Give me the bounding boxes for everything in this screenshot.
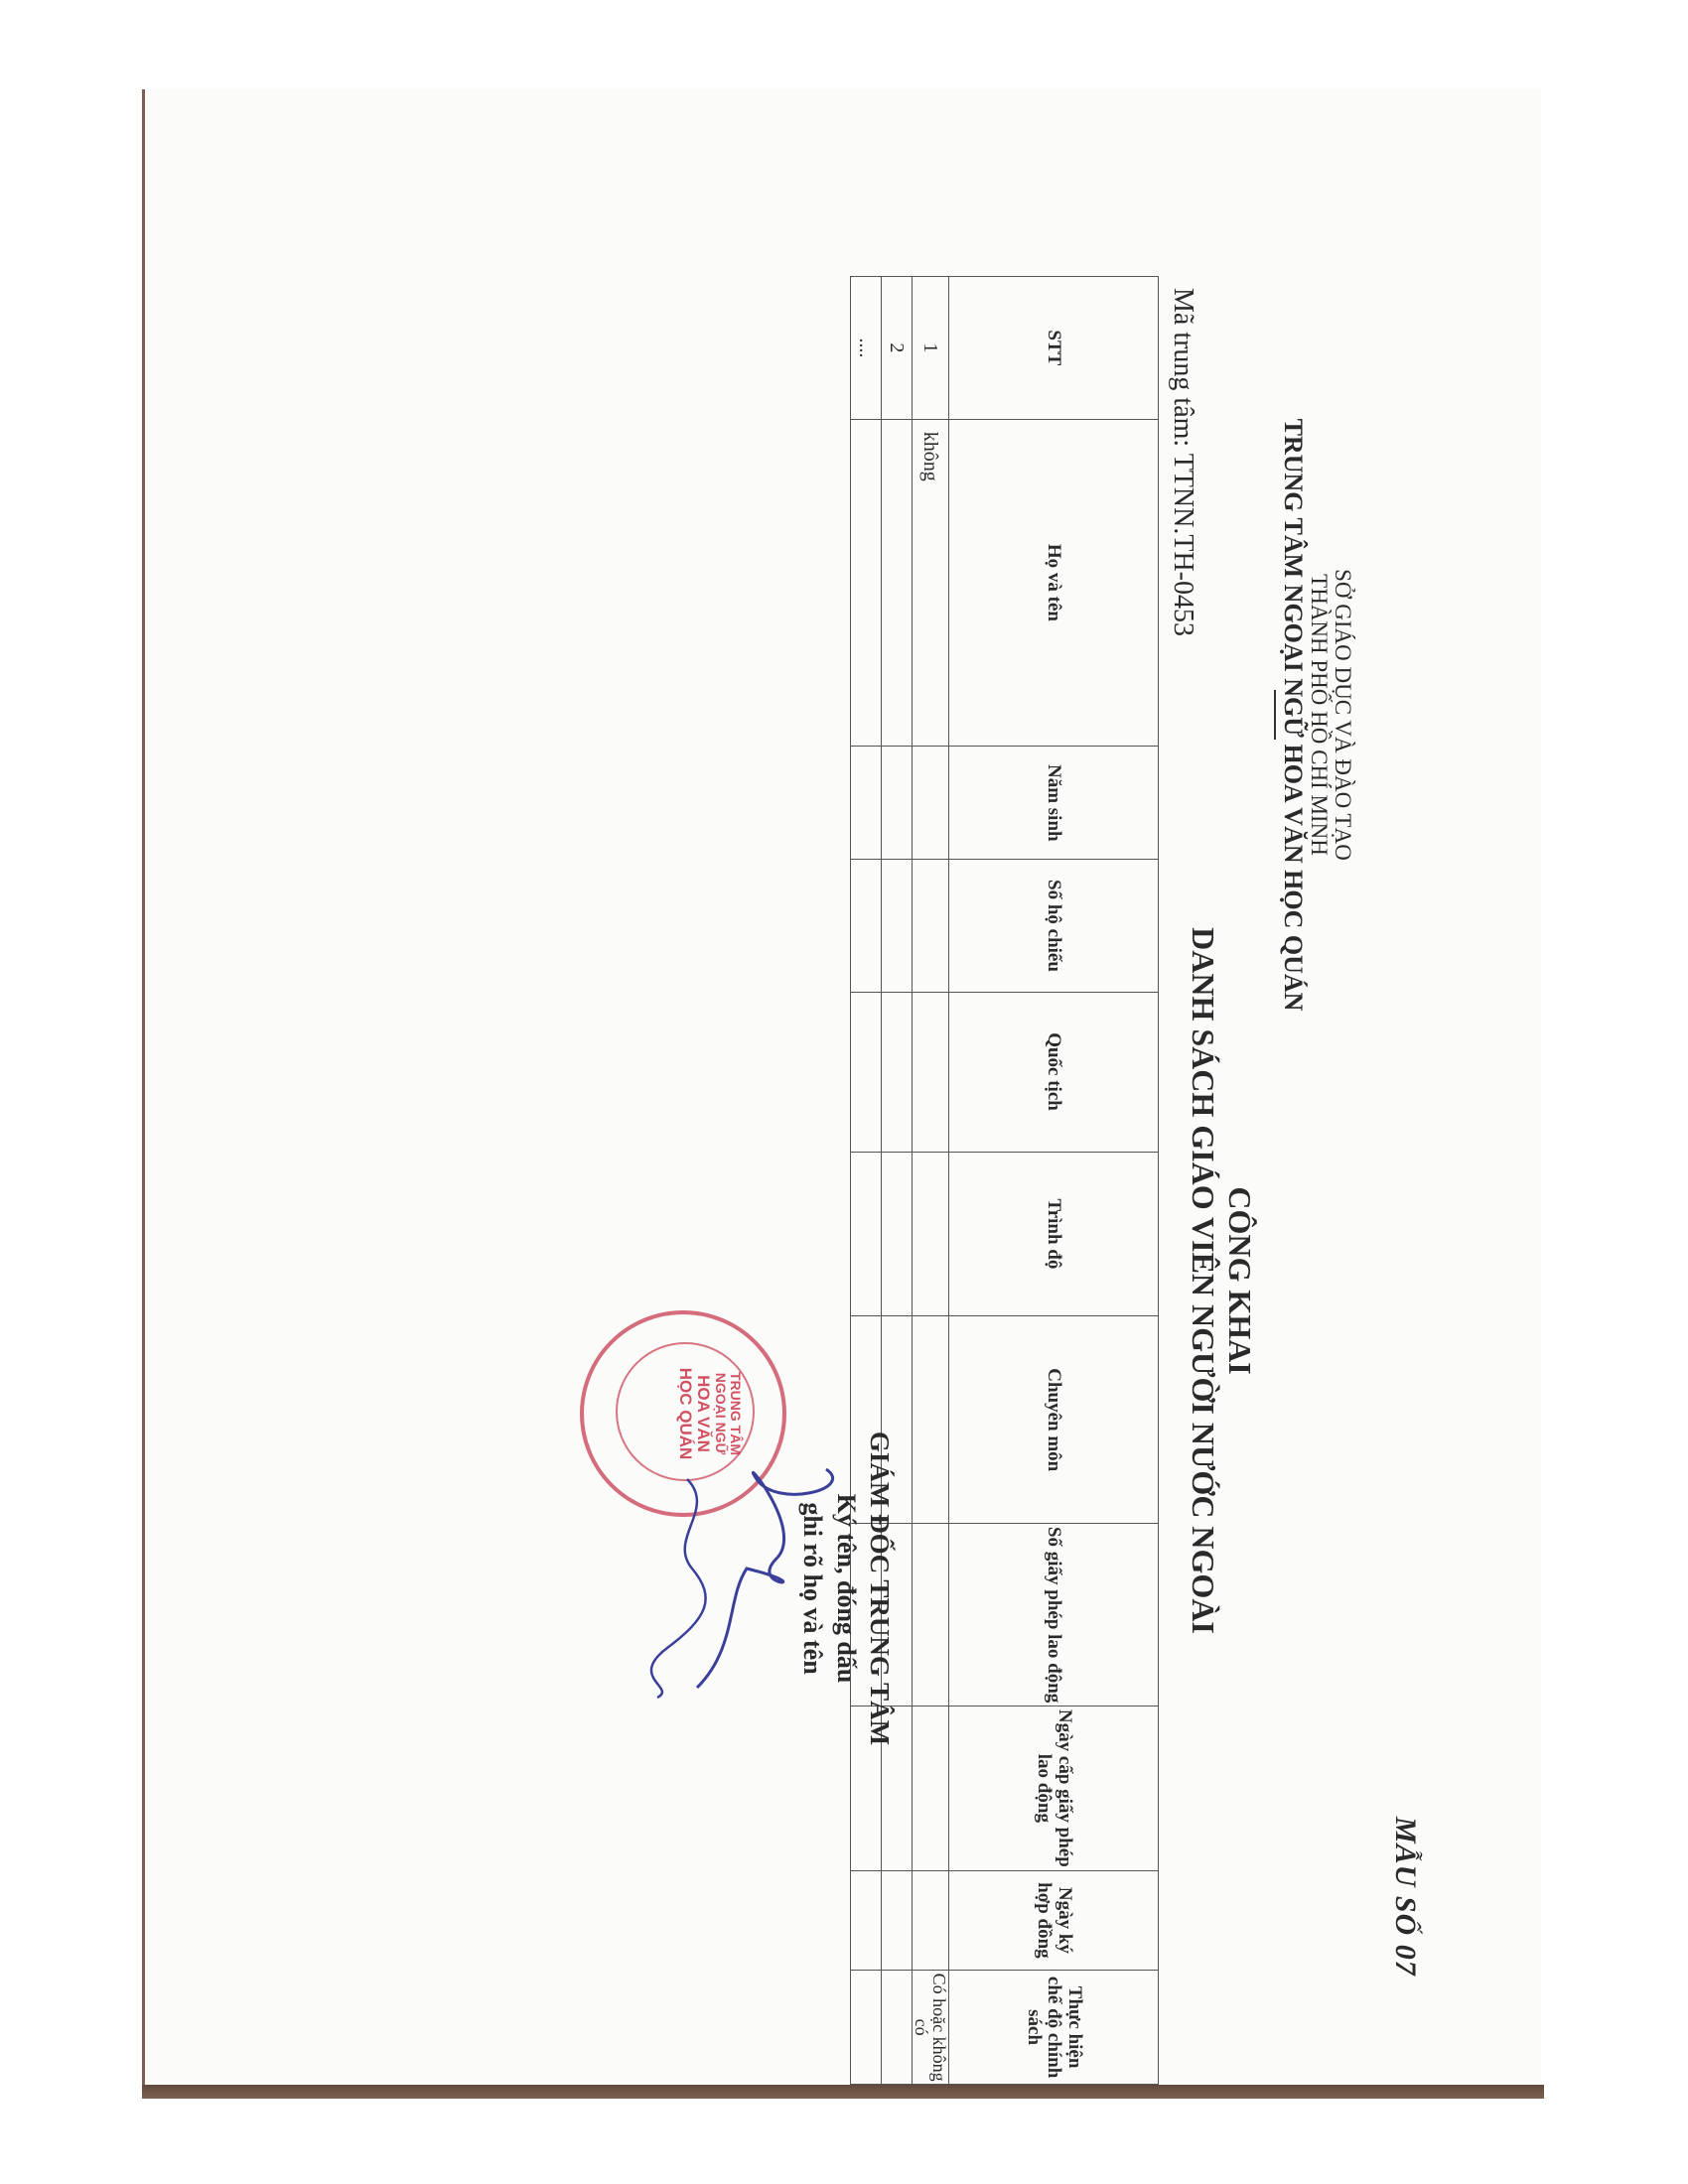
- table-cell: 1: [913, 277, 949, 420]
- table-cell: [882, 747, 913, 860]
- table-cell: [851, 1971, 882, 2085]
- table-cell: [851, 419, 882, 746]
- table-cell: [882, 1870, 913, 1971]
- department-name: SỞ GIÁO DỤC VÀ ĐÀO TẠO: [1331, 338, 1354, 1092]
- table-cell: [913, 1316, 949, 1524]
- column-header: Quốc tịch: [949, 992, 1159, 1152]
- signer-role: GIÁM ĐỐC TRUNG TÂM: [862, 1310, 896, 1866]
- table-header-row: STTHọ và tênNăm sinhSố hộ chiếuQuốc tịch…: [949, 277, 1159, 2085]
- city-name: THÀNH PHỐ HỒ CHÍ MINH: [1307, 338, 1331, 1092]
- table-cell: [882, 1152, 913, 1316]
- table-cell: [913, 1524, 949, 1706]
- form-number: MẪU SỐ 07: [1388, 1817, 1422, 1977]
- column-header: Số hộ chiếu: [949, 860, 1159, 992]
- column-header: Số giấy phép lao động: [949, 1524, 1159, 1706]
- column-header: Chuyên môn: [949, 1316, 1159, 1524]
- table-cell: [913, 1152, 949, 1316]
- issuer-header: SỞ GIÁO DỤC VÀ ĐÀO TẠO THÀNH PHỐ HỒ CHÍ …: [1274, 338, 1354, 1092]
- table-cell: [913, 992, 949, 1152]
- teacher-table: STTHọ và tênNăm sinhSố hộ chiếuQuốc tịch…: [850, 276, 1159, 2085]
- column-header: Ngày ký hợp đồng: [949, 1870, 1159, 1971]
- table-cell: [882, 860, 913, 992]
- column-header: Ngày cấp giấy phép lao động: [949, 1706, 1159, 1871]
- column-header: Họ và tên: [949, 419, 1159, 746]
- document-title: CÔNG KHAI DANH SÁCH GIÁO VIÊN NGƯỜI NƯỚC…: [1185, 685, 1258, 1876]
- table-cell: [913, 747, 949, 860]
- table-cell: [851, 992, 882, 1152]
- table-cell: [913, 860, 949, 992]
- table-cell: [851, 1152, 882, 1316]
- column-header: Thực hiện chế độ chính sách: [949, 1971, 1159, 2085]
- table-row: 1khôngCó hoặc không có: [913, 277, 949, 2085]
- table-cell: ....: [851, 277, 882, 420]
- table-cell: Có hoặc không có: [913, 1971, 949, 2085]
- title-line-2: DANH SÁCH GIÁO VIÊN NGƯỜI NƯỚC NGOÀI: [1185, 685, 1221, 1876]
- table-cell: [851, 1870, 882, 1971]
- table-cell: [913, 1870, 949, 1971]
- table-cell: [851, 860, 882, 992]
- table-cell: 2: [882, 277, 913, 420]
- column-header: Năm sinh: [949, 747, 1159, 860]
- table-cell: [913, 1706, 949, 1871]
- table-cell: [882, 992, 913, 1152]
- title-line-1: CÔNG KHAI: [1221, 685, 1258, 1876]
- table-cell: [882, 419, 913, 746]
- header-underline: [1274, 690, 1276, 740]
- table-cell: không: [913, 419, 949, 746]
- column-header: STT: [949, 277, 1159, 420]
- center-code: Mã trung tâm: TTNN.TH-0453: [1167, 288, 1198, 636]
- table-cell: [882, 1971, 913, 2085]
- document-sheet: SỞ GIÁO DỤC VÀ ĐÀO TẠO THÀNH PHỐ HỒ CHÍ …: [145, 89, 1541, 2085]
- table-cell: [851, 747, 882, 860]
- column-header: Trình độ: [949, 1152, 1159, 1316]
- handwritten-signature: [637, 1449, 866, 1707]
- desk-surface: [142, 2085, 1544, 2099]
- center-name: TRUNG TÂM NGOẠI NGỮ HOA VĂN HỌC QUÁN: [1279, 338, 1306, 1092]
